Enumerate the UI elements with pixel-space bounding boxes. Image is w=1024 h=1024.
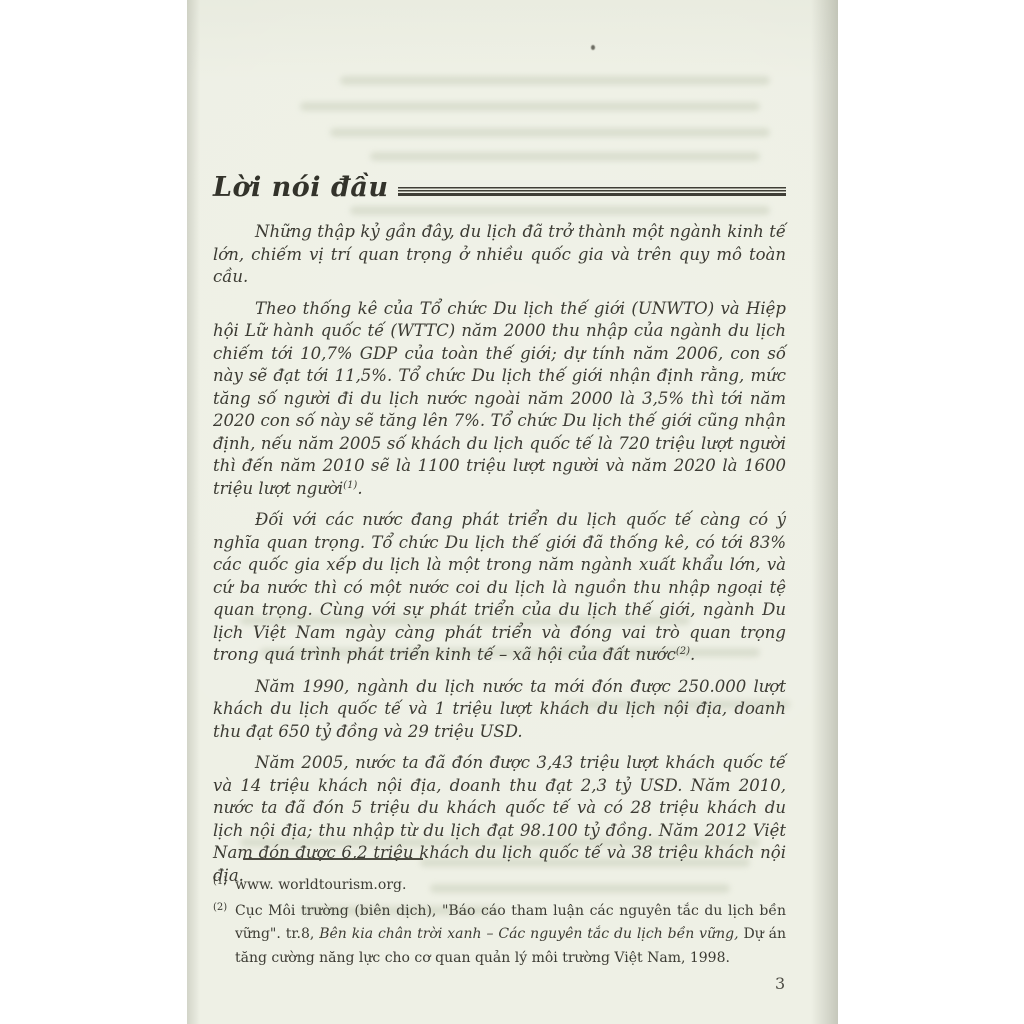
footnote-marker: (1) — [213, 870, 235, 894]
footnote-text: Cục Môi trường (biên dịch), "Báo cáo tha… — [235, 900, 786, 971]
footnote-separator-rule — [243, 858, 423, 860]
paragraph-tail: . — [690, 645, 695, 664]
paragraph-4: Năm 1990, ngành du lịch nước ta mới đón … — [213, 676, 786, 744]
page-content: Lời nói đầu Những thập kỷ gần đây, du lị… — [213, 0, 786, 896]
footnote-ref-2: (2) — [676, 646, 690, 657]
footnotes-section: (1) www. worldtourism.org. (2) Cục Môi t… — [213, 858, 786, 972]
paragraph-tail: . — [357, 479, 362, 498]
footnote-2: (2) Cục Môi trường (biên dịch), "Báo cáo… — [213, 900, 786, 971]
paragraph-2: Theo thống kê của Tổ chức Du lịch thế gi… — [213, 298, 786, 501]
paragraph-text: Theo thống kê của Tổ chức Du lịch thế gi… — [213, 299, 786, 498]
footnote-text: www. worldtourism.org. — [235, 874, 786, 898]
page-number: 3 — [775, 974, 785, 993]
paragraph-text: Năm 1990, ngành du lịch nước ta mới đón … — [213, 677, 786, 741]
footnote-ref-1: (1) — [343, 480, 357, 491]
footnote-1: (1) www. worldtourism.org. — [213, 874, 786, 898]
paragraph-text: Những thập kỷ gần đây, du lịch đã trở th… — [213, 222, 786, 286]
footnote-marker: (2) — [213, 896, 235, 967]
paragraph-3: Đối với các nước đang phát triển du lịch… — [213, 509, 786, 667]
page-left-edge-shadow — [187, 0, 200, 1024]
preface-heading-row: Lời nói đầu — [213, 163, 786, 205]
page-title: Lời nói đầu — [213, 174, 388, 205]
page-right-edge-shadow — [811, 0, 838, 1024]
paragraph-1: Những thập kỷ gần đây, du lịch đã trở th… — [213, 221, 786, 289]
title-decorative-rule — [398, 187, 786, 196]
scanned-book-page: Lời nói đầu Những thập kỷ gần đây, du lị… — [187, 0, 838, 1024]
footnote-book-title: Bên kia chân trời xanh – Các nguyên tắc … — [314, 926, 738, 942]
paragraph-text: Đối với các nước đang phát triển du lịch… — [213, 510, 786, 664]
